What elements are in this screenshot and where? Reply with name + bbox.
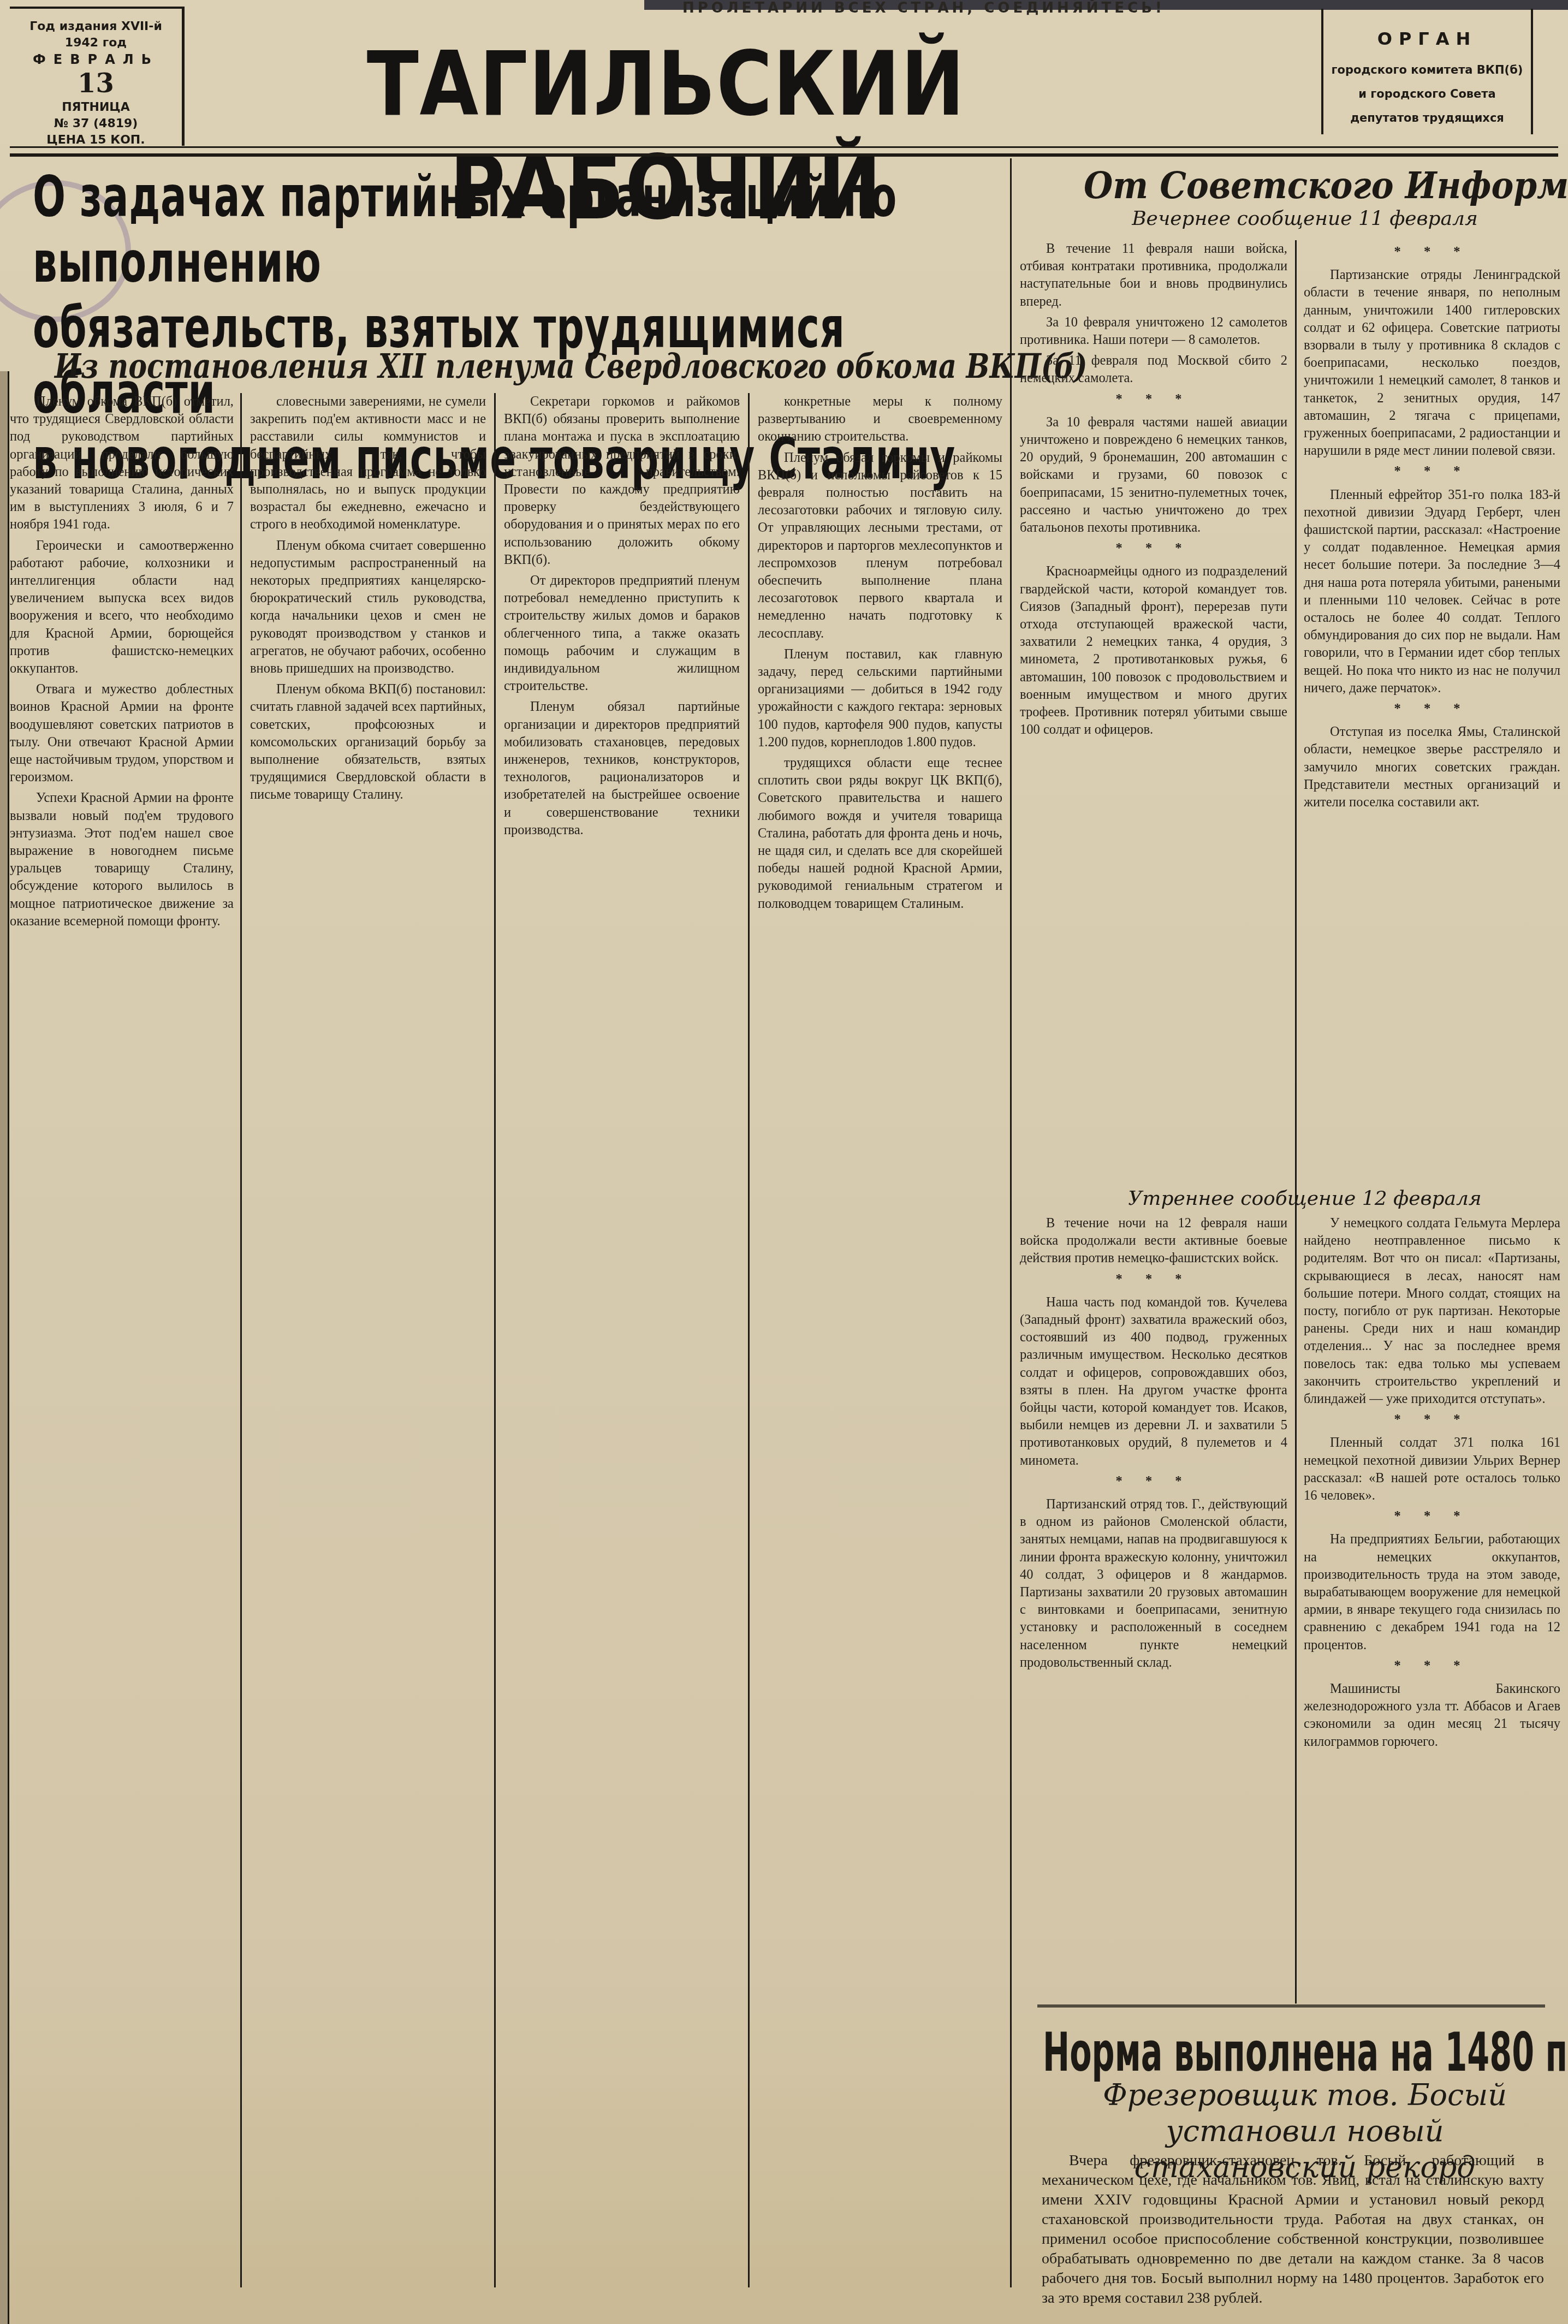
paragraph: Вчера фрезеровщик-стахановец тов. Босый,… (1042, 2151, 1544, 2308)
morning-report-right: У немецкого солдата Гельмута Мерлера най… (1304, 1215, 1560, 2001)
evening-report-label: Вечернее сообщение 11 февраля (1059, 207, 1551, 230)
month: ФЕВРАЛЬ (10, 51, 182, 68)
paragraph: Красноармейцы одного из подразделений гв… (1020, 563, 1287, 739)
lead-column-4: конкретные меры к полному развертыванию … (758, 393, 1002, 2277)
weekday: ПЯТНИЦА (10, 99, 182, 116)
paragraph: За 11 февраля под Москвой сбито 2 немецк… (1020, 352, 1287, 387)
column-rule (1010, 158, 1012, 2287)
paragraph: Наша часть под командой тов. Кучелева (З… (1020, 1294, 1287, 1470)
separator-stars: * * * (1304, 1657, 1560, 1675)
subheadline-line: Фрезеровщик тов. Босый (1059, 2077, 1551, 2113)
headline-line: О задачах партийных организаций по выпол… (33, 164, 990, 295)
organ-line-3: депутатов трудящихся (1323, 106, 1531, 130)
paragraph: Пленум обкома ВКП(б) отметил, что трудящ… (10, 393, 234, 534)
section-rule (1037, 2005, 1545, 2012)
column-rule (748, 393, 750, 2287)
paragraph: У немецкого солдата Гельмута Мерлера най… (1304, 1215, 1560, 1408)
lead-column-3: Секретари горкомов и райкомов ВКП(б) обя… (504, 393, 740, 2277)
paragraph: Отвага и мужество доблестных воинов Крас… (10, 681, 234, 786)
morning-report-label: Утреннее сообщение 12 февраля (1059, 1187, 1551, 1210)
organ-label: ОРГАН (1323, 9, 1531, 58)
binding-edge (0, 371, 9, 2324)
separator-stars: * * * (1304, 243, 1560, 261)
paragraph: Пленный солдат 371 полка 161 немецкой пе… (1304, 1434, 1560, 1505)
paragraph: В течение 11 февраля наши войска, отбива… (1020, 240, 1287, 311)
separator-stars: * * * (1304, 1508, 1560, 1525)
paragraph: Пленный ефрейтор 351-го полка 183-й пехо… (1304, 486, 1560, 697)
record-body: Вчера фрезеровщик-стахановец тов. Босый,… (1042, 2151, 1544, 2308)
column-rule (494, 393, 496, 2287)
separator-stars: * * * (1304, 700, 1560, 718)
separator-stars: * * * (1020, 540, 1287, 557)
paragraph: Партизанский отряд тов. Г., действующий … (1020, 1496, 1287, 1672)
morning-report-left: В течение ночи на 12 февраля наши войска… (1020, 1215, 1287, 2001)
paragraph: За 10 февраля частями нашей авиации унич… (1020, 414, 1287, 537)
paragraph: В течение ночи на 12 февраля наши войска… (1020, 1215, 1287, 1268)
edition-year: Год издания XVII-й (10, 19, 182, 35)
sovinformburo-title: От Советского Информбюро (1084, 164, 1526, 207)
separator-stars: * * * (1020, 391, 1287, 408)
paragraph: Пленум поставил, как главную задачу, пер… (758, 646, 1002, 751)
paragraph: За 10 февраля уничтожено 12 самолетов пр… (1020, 314, 1287, 349)
paragraph: От директоров предприятий пленум потребо… (504, 572, 740, 695)
column-rule (240, 393, 242, 2287)
paragraph: Пленум обкома ВКП(б) постановил: считать… (250, 681, 486, 804)
issue-number: № 37 (4819) (10, 116, 182, 132)
paragraph: конкретные меры к полному развертыванию … (758, 393, 1002, 446)
slogan: ПРОЛЕТАРИИ ВСЕХ СТРАН, СОЕДИНЯЙТЕСЬ! (682, 0, 1165, 16)
lead-subheadline: Из постановления XII пленума Свердловско… (55, 346, 1088, 386)
organ-line-2: и городского Совета (1323, 82, 1531, 106)
paragraph: Пленум обязал партийные организации и ди… (504, 698, 740, 839)
paragraph: Отступая из поселка Ямы, Сталинской обла… (1304, 723, 1560, 811)
record-headline: Норма выполнена на 1480 процентов (1043, 2020, 1547, 2085)
paragraph: На предприятиях Бельгии, работающих на н… (1304, 1531, 1560, 1654)
separator-stars: * * * (1304, 1411, 1560, 1429)
paragraph: Героически и самоотверженно работают раб… (10, 537, 234, 678)
paragraph: Секретари горкомов и райкомов ВКП(б) обя… (504, 393, 740, 569)
separator-stars: * * * (1020, 1473, 1287, 1490)
masthead-rule (10, 146, 1558, 157)
lead-column-2: словесными заверениями, не сумели закреп… (250, 393, 486, 2277)
paragraph: трудящихся области еще теснее сплотить с… (758, 754, 1002, 913)
evening-report-right: * * * Партизанские отряды Ленинградской … (1304, 240, 1560, 1146)
organ-box: ОРГАН городского комитета ВКП(б) и город… (1321, 9, 1533, 134)
paragraph: Партизанские отряды Ленинградской област… (1304, 266, 1560, 460)
lead-column-1: Пленум обкома ВКП(б) отметил, что трудящ… (10, 393, 234, 2277)
year: 1942 год (10, 35, 182, 51)
paragraph: Пленум обязал горкомы и райкомы ВКП(б) и… (758, 449, 1002, 643)
paragraph: Пленум обкома считает совершенно недопус… (250, 537, 486, 678)
separator-stars: * * * (1020, 1271, 1287, 1288)
separator-stars: * * * (1304, 463, 1560, 480)
paragraph: словесными заверениями, не сумели закреп… (250, 393, 486, 534)
paragraph: Машинисты Бакинского железнодорожного уз… (1304, 1680, 1560, 1751)
newspaper-title: ТАГИЛЬСКИЙ РАБОЧИЙ (300, 33, 1032, 136)
issue-date-box: Год издания XVII-й 1942 год ФЕВРАЛЬ 13 П… (10, 7, 185, 146)
organ-line-1: городского комитета ВКП(б) (1323, 58, 1531, 82)
evening-report-left: В течение 11 февраля наши войска, отбива… (1020, 240, 1287, 1146)
column-rule (1295, 240, 1297, 2004)
day: 13 (10, 68, 182, 99)
paragraph: Успехи Красной Армии на фронте вызвали н… (10, 789, 234, 930)
